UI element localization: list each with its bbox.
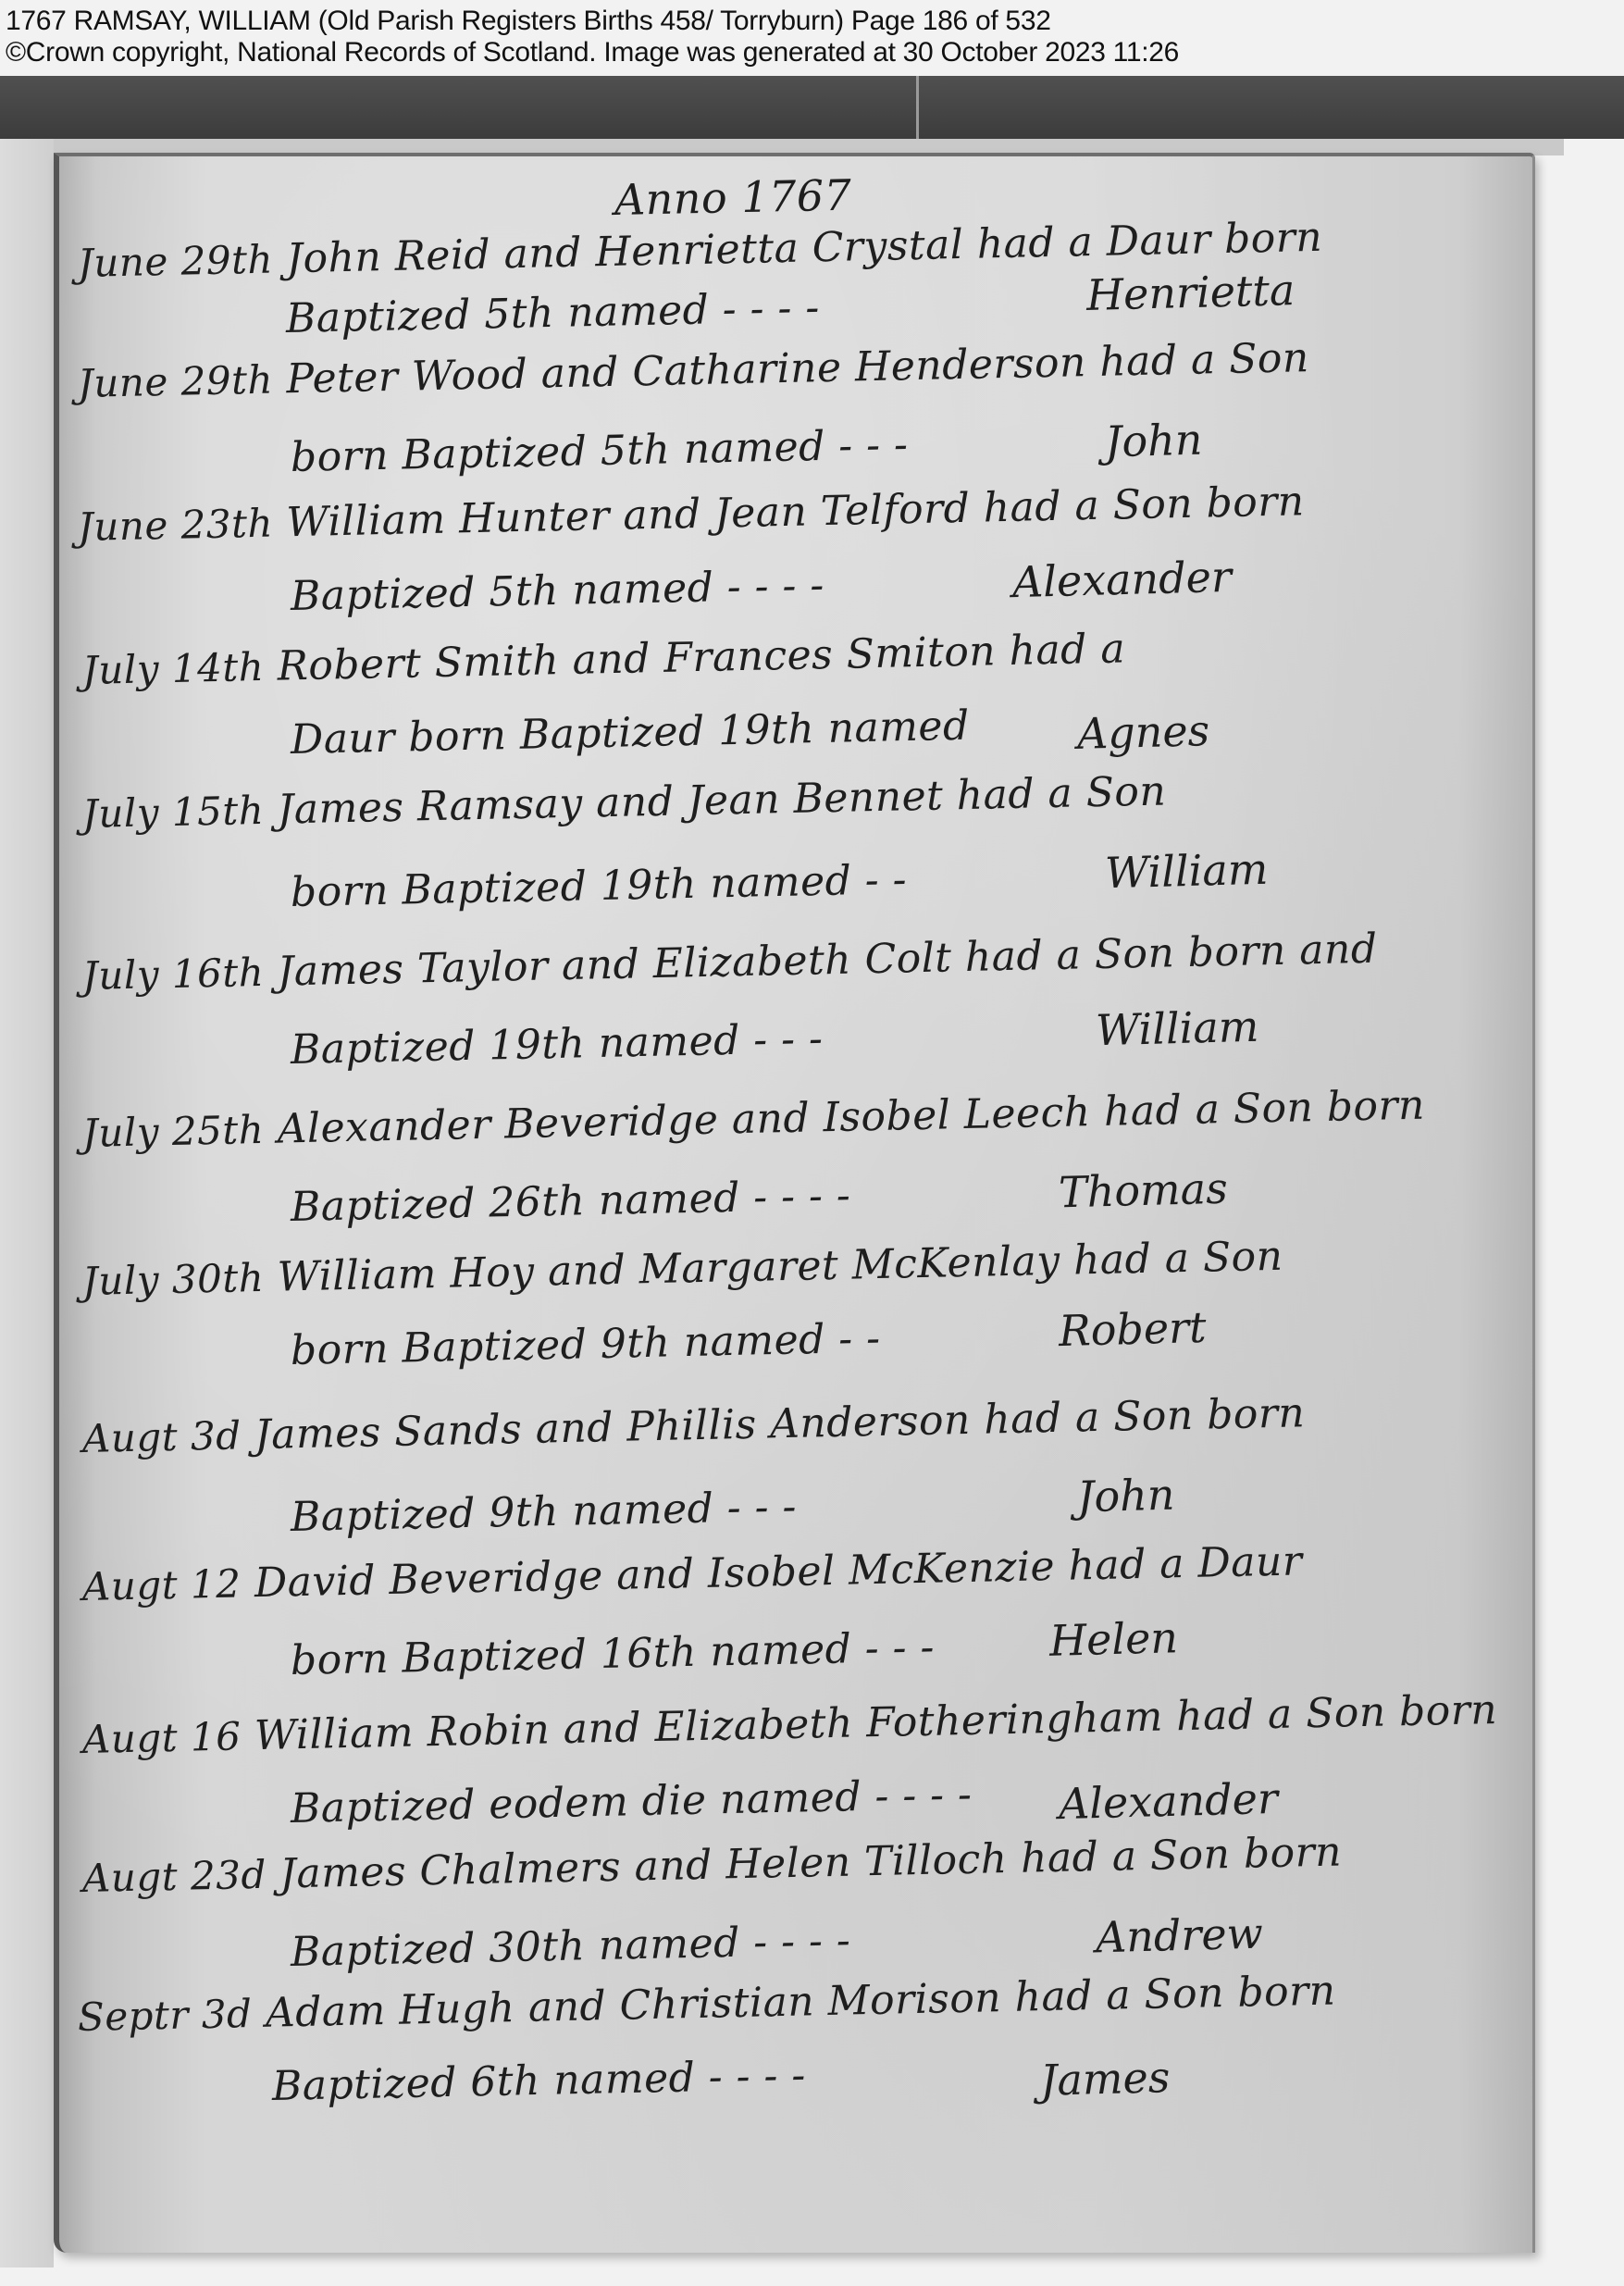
left-margin-strip: [0, 139, 54, 2267]
entry-line: Augt 3d James Sands and Phillis Anderson…: [81, 1389, 1305, 1462]
child-name: William: [1095, 1001, 1259, 1056]
child-name: Alexander: [1058, 1773, 1278, 1829]
entry-line: July 14th Robert Smith and Frances Smito…: [81, 625, 1125, 694]
entry-date: June 23th: [77, 501, 273, 550]
entry-date: Augt 3d: [81, 1412, 242, 1461]
child-name: Henrietta: [1085, 265, 1295, 320]
year-heading: Anno 1767: [614, 170, 851, 225]
entry-baptism: Baptized 30th named - - - -: [290, 1917, 850, 1976]
child-name: Alexander: [1011, 552, 1232, 607]
entry-baptism: Baptized 26th named - - - -: [290, 1172, 850, 1231]
entry-date: Augt 12: [81, 1560, 241, 1609]
child-name: James: [1039, 2052, 1171, 2106]
entry-line: Augt 12 David Beveridge and Isobel McKen…: [81, 1537, 1302, 1610]
entry-parents: James Taylor and Elizabeth Colt had a So…: [277, 926, 1378, 996]
scan-top-band: [0, 76, 1624, 139]
entry-date: July 15th: [81, 788, 264, 837]
entry-parents: Adam Hugh and Christian Morison had a So…: [265, 1968, 1336, 2037]
child-name: John: [1076, 1470, 1175, 1522]
copyright-notice: ©Crown copyright, National Records of Sc…: [6, 37, 1179, 68]
entry-line: June 29th Peter Wood and Catharine Hende…: [77, 334, 1309, 407]
entry-baptism: born Baptized 9th named - -: [290, 1315, 881, 1374]
entry-line: Augt 23d James Chalmers and Helen Tilloc…: [81, 1828, 1342, 1901]
entry-parents: Robert Smith and Frances Smiton had a: [277, 625, 1125, 690]
child-name: Agnes: [1076, 705, 1209, 759]
entry-baptism: Baptized 9th named - - -: [290, 1484, 797, 1541]
register-page: Anno 1767 June 29th John Reid and Henrie…: [54, 153, 1535, 2253]
entry-line: July 30th William Hoy and Margaret McKen…: [81, 1233, 1283, 1305]
entry-line: Septr 3d Adam Hugh and Christian Morison…: [77, 1968, 1335, 2041]
entry-line: July 16th James Taylor and Elizabeth Col…: [81, 926, 1378, 1000]
child-name: Andrew: [1095, 1908, 1263, 1963]
entry-date: July 25th: [81, 1107, 264, 1156]
record-title: 1767 RAMSAY, WILLIAM (Old Parish Registe…: [6, 6, 1051, 37]
entry-parents: James Ramsay and Jean Bennet had a Son: [277, 767, 1166, 833]
child-name: Helen: [1048, 1612, 1178, 1666]
entry-baptism: born Baptized 19th named - -: [290, 856, 907, 916]
entry-baptism: Daur born Baptized 19th named: [290, 702, 970, 764]
entry-line: June 23th William Hunter and Jean Telfor…: [77, 478, 1305, 551]
entry-baptism: Baptized 5th named - - - -: [285, 284, 820, 342]
entry-baptism: born Baptized 5th named - - -: [290, 421, 908, 481]
entry-parents: James Chalmers and Helen Tilloch had a S…: [279, 1828, 1343, 1897]
entry-baptism: Baptized 19th named - - -: [290, 1015, 823, 1074]
entry-parents: William Hoy and Margaret McKenlay had a …: [277, 1233, 1283, 1301]
entry-date: July 16th: [81, 950, 264, 999]
entry-parents: David Beveridge and Isobel McKenzie had …: [254, 1537, 1302, 1607]
entry-baptism: Baptized 5th named - - - -: [290, 562, 824, 620]
entry-parents: William Robin and Elizabeth Fotheringham…: [254, 1686, 1497, 1759]
entry-parents: William Hunter and Jean Telford had a So…: [286, 478, 1305, 546]
entry-date: June 29th: [77, 357, 273, 406]
child-name: John: [1104, 415, 1203, 467]
entry-baptism: Baptized eodem die named - - - -: [290, 1771, 972, 1833]
entry-baptism: born Baptized 16th named - - -: [290, 1623, 935, 1684]
child-name: Robert: [1058, 1302, 1207, 1356]
entry-baptism: Baptized 6th named - - - -: [271, 2052, 806, 2110]
entry-parents: James Sands and Phillis Anderson had a S…: [254, 1389, 1306, 1459]
entry-date: July 30th: [81, 1255, 264, 1304]
band-crease: [916, 76, 919, 139]
entry-line: July 25th Alexander Beveridge and Isobel…: [81, 1082, 1425, 1157]
entry-date: July 14th: [81, 644, 264, 693]
entry-date: June 29th: [77, 237, 273, 286]
entry-line: July 15th James Ramsay and Jean Bennet h…: [81, 767, 1166, 838]
entry-date: Septr 3d: [77, 1991, 252, 2040]
entry-date: Augt 23d: [81, 1852, 267, 1901]
entry-date: Augt 16: [81, 1713, 241, 1762]
entry-parents: Peter Wood and Catharine Henderson had a…: [286, 334, 1309, 403]
entry-parents: Alexander Beveridge and Isobel Leech had…: [277, 1082, 1425, 1153]
child-name: William: [1104, 844, 1269, 899]
child-name: Thomas: [1058, 1163, 1228, 1218]
entry-line: Augt 16 William Robin and Elizabeth Foth…: [81, 1686, 1497, 1763]
